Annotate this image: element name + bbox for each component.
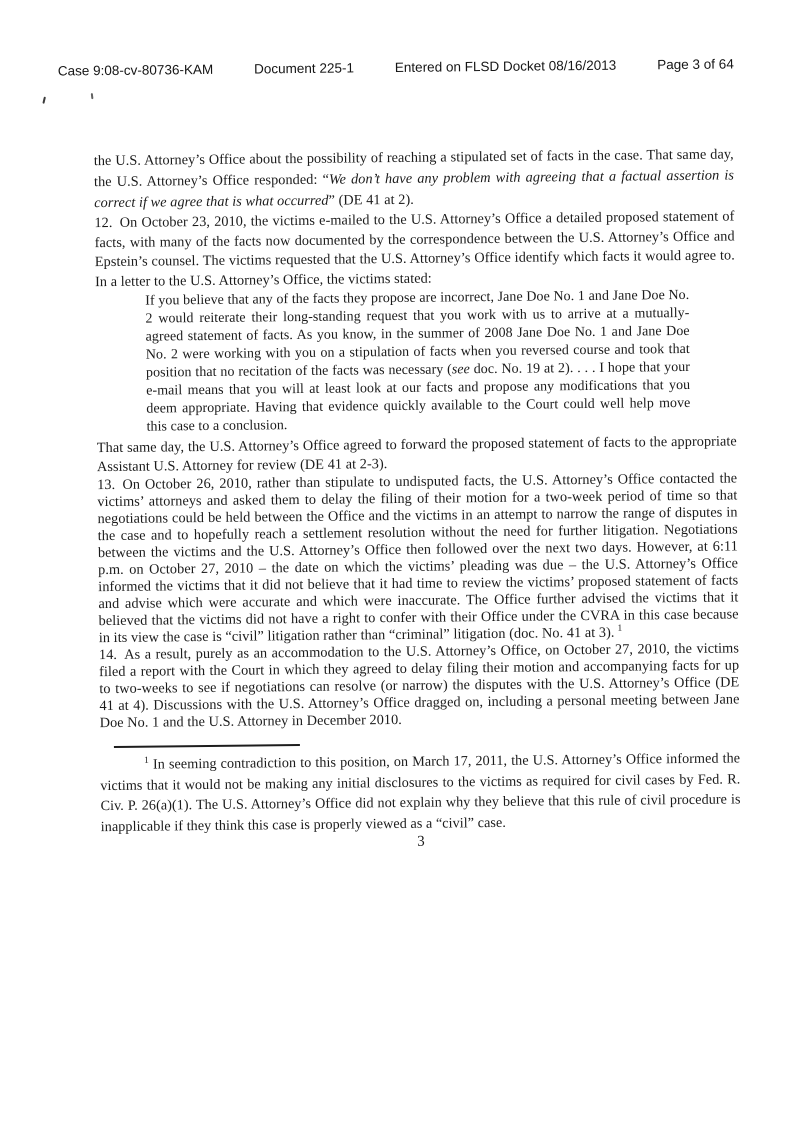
docket-entry-text: Entered on FLSD Docket 08/16/2013 [395, 58, 617, 75]
paragraph-text: 13. On October 26, 2010, rather than sti… [97, 470, 739, 646]
docket-stamp: Case 9:08-cv-80736-KAM Document 225-1 En… [58, 56, 734, 78]
scan-artifact-comma [42, 97, 46, 104]
footnote-text: In seeming contradiction to this positio… [100, 750, 740, 834]
footnote-1: 1 In seeming contradiction to this posit… [100, 748, 741, 837]
victims-letter-blockquote: If you believe that any of the facts the… [145, 287, 690, 437]
footnote-separator-rule [114, 744, 300, 748]
scan-layer: Case 9:08-cv-80736-KAM Document 225-1 En… [0, 0, 794, 1123]
document-page: Case 9:08-cv-80736-KAM Document 225-1 En… [0, 0, 794, 1123]
page-indicator-text: Page 3 of 64 [657, 56, 734, 72]
see-citation-italic: see [452, 362, 470, 377]
paragraph-text: ” (DE 41 at 2). [328, 192, 413, 209]
paragraph-12: 12. On October 23, 2010, the victims e-m… [94, 207, 735, 292]
paragraph-12-continuation: That same day, the U.S. Attorney’s Offic… [97, 432, 737, 477]
case-number-text: Case 9:08-cv-80736-KAM [58, 62, 213, 79]
document-number-text: Document 225-1 [254, 60, 354, 76]
paragraph-13: 13. On October 26, 2010, rather than sti… [97, 470, 739, 647]
paragraph-14: 14. As a result, purely as an accommodat… [99, 640, 740, 732]
scan-artifact-tick [91, 93, 93, 99]
footnote-reference: 1 [617, 624, 622, 634]
body-text: the U.S. Attorney’s Office about the pos… [94, 144, 741, 854]
paragraph-11-continuation: the U.S. Attorney’s Office about the pos… [94, 144, 735, 214]
